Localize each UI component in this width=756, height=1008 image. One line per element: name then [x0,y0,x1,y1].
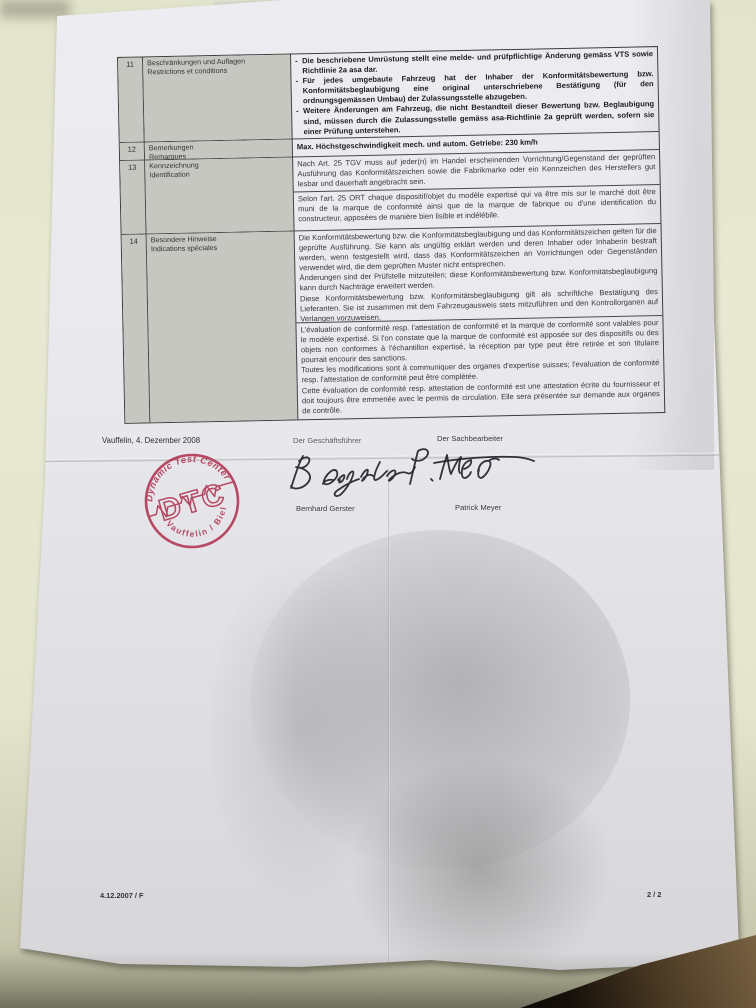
row-content: Die Konformitätsbewertung bzw. die Konfo… [295,224,665,419]
conformity-table: 11 Beschränkungen und Auflagen Restricti… [117,46,665,424]
row-number: 11 [118,57,145,141]
paragraph: Cette évaluation de conformité resp. att… [302,379,661,417]
content-german: Die Konformitätsbewertung bzw. die Konfo… [295,224,663,322]
signatory-name: Patrick Meyer [455,503,501,512]
signatory-title: Der Sachbearbeiter [437,434,503,443]
photo-scene: 11 Beschränkungen und Auflagen Restricti… [0,0,756,1008]
row-label: Besondere Hinweise Indications spéciales [147,231,299,422]
table-row: 14 Besondere Hinweise Indications spécia… [122,223,665,423]
signature-patrick-meyer [398,446,548,490]
row-label-fr: Indications spéciales [151,242,290,254]
table-row: 13 Kennzeichnung Identification Nach Art… [120,149,660,234]
content-french: Selon l'art. 25 ORT chaque dispositif/ob… [294,184,661,230]
row-number: 14 [122,234,151,422]
page-number: 2 / 2 [647,890,661,899]
row-label: Beschränkungen und Auflagen Restrictions… [143,54,293,141]
place-and-date: Vauffelin, 4. Dezember 2008 [102,436,200,445]
content-french: L'évaluation de conformité resp. l'attes… [296,315,664,419]
vertical-fold-crease [388,468,390,963]
condition-item: Weitere Änderungen am Fahrzeug, die nich… [296,100,655,138]
row-label-fr: Restrictions et conditions [147,65,286,77]
row-label: Kennzeichnung Identification [145,157,294,233]
row-number: 13 [120,160,146,233]
soft-shadow-left [210,560,390,900]
document-sheet-wrap: 11 Beschränkungen und Auflagen Restricti… [0,0,756,1008]
row-content: Die beschriebene Umrüstung stellt eine m… [291,47,659,138]
row-label-fr: Identification [149,168,288,180]
signatory-title: Der Geschäftsführer [293,436,361,445]
row-label: Bemerkungen Remarques [145,139,293,159]
signatory-name: Bernhard Gerster [296,504,355,513]
row-number: 12 [120,142,145,160]
table-row: 11 Beschränkungen und Auflagen Restricti… [118,47,659,142]
row-content: Nach Art. 25 TGV muss auf jeder(n) im Ha… [293,150,660,230]
document-sheet: 11 Beschränkungen und Auflagen Restricti… [0,0,756,1008]
document-version: 4.12.2007 / F [100,891,144,900]
